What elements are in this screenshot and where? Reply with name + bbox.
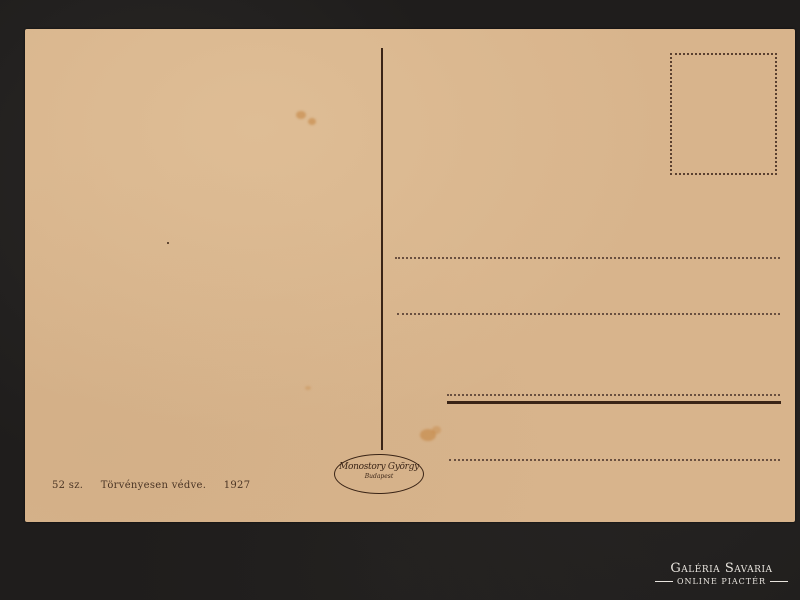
publisher-logo: Monostory György Budapest [334, 454, 424, 494]
copyright-notice: Törvényesen védve. [101, 480, 206, 491]
address-line-1 [395, 257, 780, 259]
year: 1927 [224, 480, 251, 491]
stain-mark [432, 426, 441, 434]
ink-speck [167, 242, 169, 244]
watermark-brand: Galéria Savaria [655, 561, 788, 576]
center-divider-line [381, 48, 383, 450]
series-number: 52 sz. [52, 480, 83, 491]
address-line-2 [397, 313, 780, 315]
stain-mark [308, 118, 316, 125]
address-line-4 [449, 459, 780, 461]
stamp-box [670, 53, 777, 175]
publisher-signature: Monostory György [335, 462, 423, 472]
stain-mark [296, 111, 306, 119]
address-line-3 [447, 394, 780, 396]
postcard-back: 52 sz. Törvényesen védve. 1927 Monostory… [25, 29, 795, 522]
address-line-solid [447, 401, 781, 404]
watermark: Galéria Savaria ONLINE PIACTÉR [655, 561, 788, 586]
stain-mark [305, 386, 311, 390]
publisher-city: Budapest [335, 473, 423, 480]
imprint-text: 52 sz. Törvényesen védve. 1927 [52, 480, 264, 491]
watermark-subtitle: ONLINE PIACTÉR [655, 577, 788, 586]
